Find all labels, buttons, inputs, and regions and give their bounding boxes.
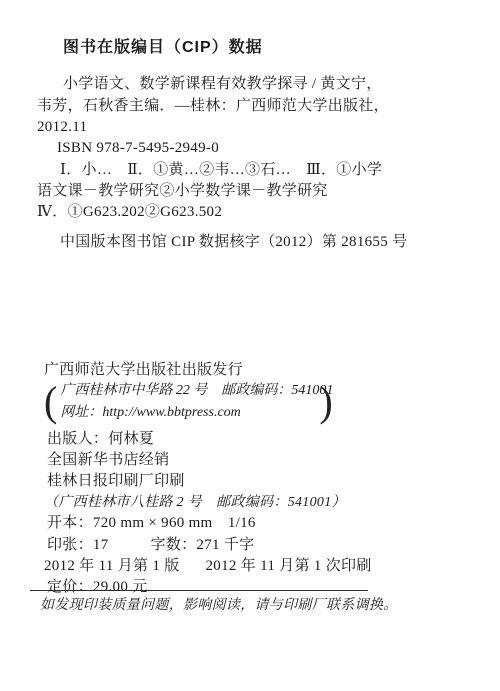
distribution-line: 全国新华书店经销: [47, 452, 169, 469]
format-line: 开本：720 mm × 960 mm 1/16: [47, 515, 256, 532]
cip-classification-line2: 语文课－教学研究②小学数学课－教学研究: [37, 183, 328, 200]
publisher-address-lines: 广西桂林市中华路 22 号 邮政编码：541001 网址：http://www.…: [60, 380, 316, 424]
publisher-address-group: ( 广西桂林市中华路 22 号 邮政编码：541001 网址：http://ww…: [44, 380, 333, 424]
word-count-value: 字数：271 千字: [151, 537, 255, 554]
cip-header: 图书在版编目（CIP）数据: [63, 39, 263, 56]
big-open-paren: (: [44, 379, 57, 425]
cip-record-number: 中国版本图书馆 CIP 数据核字（2012）第 281655 号: [60, 234, 407, 251]
edition-printing-line: 2012 年 11 月第 1 版 2012 年 11 月第 1 次印刷: [44, 558, 372, 575]
cip-title-line1: 小学语文、数学新课程有效教学探寻 / 黄文宁，: [63, 76, 382, 93]
publisher-address: 广西桂林市中华路 22 号 邮政编码：541001: [60, 380, 316, 402]
edition-value: 2012 年 11 月第 1 版: [44, 558, 180, 575]
spacer: [109, 537, 151, 554]
sheets-wordcount-line: 印张：17 字数：271 千字: [47, 537, 254, 554]
quality-note: 如发现印装质量问题，影响阅读，请与印刷厂联系调换。: [40, 597, 398, 614]
cip-classification-line1: Ⅰ．小… Ⅱ．①黄…②韦…③石… Ⅲ．①小学: [60, 162, 382, 179]
printer-line: 桂林日报印刷厂印刷: [47, 473, 185, 490]
publisher-person-line: 出版人：何林夏: [47, 431, 154, 448]
printer-address-line: （广西桂林市八桂路 2 号 邮政编码：541001）: [44, 494, 346, 511]
publisher-website: 网址：http://www.bbtpress.com: [60, 402, 316, 424]
cip-classification-line3: Ⅳ．①G623.202②G623.502: [37, 204, 222, 221]
printing-value: 2012 年 11 月第 1 次印刷: [206, 558, 372, 575]
big-close-paren: ): [319, 379, 332, 425]
cip-title-line3: 2012.11: [37, 119, 87, 136]
price-line: 定价：29.00 元: [47, 579, 148, 596]
isbn-line: ISBN 978-7-5495-2949-0: [57, 140, 219, 157]
spacer: [180, 558, 206, 575]
footer-divider: [30, 590, 368, 591]
cip-title-line2: 韦芳，石秋香主编．—桂林：广西师范大学出版社，: [37, 98, 389, 115]
publisher-line: 广西师范大学出版社出版发行: [44, 362, 243, 379]
sheets-value: 印张：17: [47, 537, 109, 554]
book-copyright-page: 图书在版编目（CIP）数据 小学语文、数学新课程有效教学探寻 / 黄文宁， 韦芳…: [0, 0, 500, 691]
